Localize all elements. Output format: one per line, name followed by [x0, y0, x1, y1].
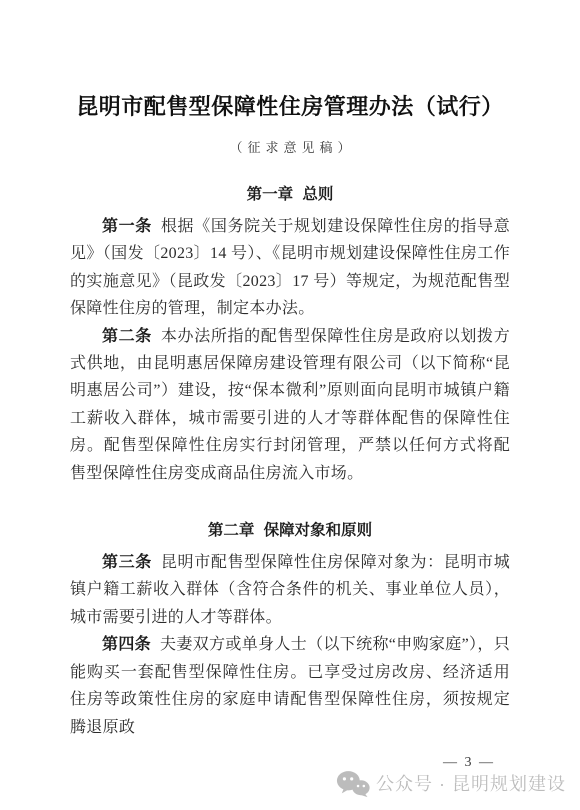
- chapter-2-articles: 第三条昆明市配售型保障性住房保障对象为：昆明市城镇户籍工薪收入群体（含符合条件的…: [70, 549, 510, 741]
- article-1-paragraph: 第一条根据《国务院关于规划建设保障性住房的指导意见》（国发〔2023〕14 号）…: [70, 213, 510, 323]
- article-2-number: 第二条: [102, 328, 152, 345]
- article-1-number: 第一条: [102, 218, 152, 235]
- watermark-text: 公众号 · 昆明规划建设: [376, 771, 566, 797]
- document-page: 昆明市配售型保障性住房管理办法（试行） （征求意见稿） 第一章 总则 第一条根据…: [0, 0, 580, 810]
- chapter-2-heading: 第二章 保障对象和原则: [70, 521, 510, 541]
- chapter-1-heading: 第一章 总则: [70, 185, 510, 205]
- article-4-paragraph: 第四条夫妻双方或单身人士（以下统称“申购家庭”），只能购买一套配售型保障性住房。…: [70, 631, 510, 741]
- document-subtitle: （征求意见稿）: [70, 139, 510, 157]
- wechat-icon: [336, 770, 370, 798]
- page-number: — 3 —: [443, 755, 495, 771]
- article-3-number: 第三条: [102, 554, 152, 571]
- article-2-text: 本办法所指的配售型保障性住房是政府以划拨方式供地，由昆明惠居保障房建设管理有限公…: [70, 328, 510, 482]
- watermark: 公众号 · 昆明规划建设: [336, 770, 566, 798]
- article-3-paragraph: 第三条昆明市配售型保障性住房保障对象为：昆明市城镇户籍工薪收入群体（含符合条件的…: [70, 549, 510, 631]
- document-content: 昆明市配售型保障性住房管理办法（试行） （征求意见稿） 第一章 总则 第一条根据…: [0, 0, 580, 741]
- chapter-1-articles: 第一条根据《国务院关于规划建设保障性住房的指导意见》（国发〔2023〕14 号）…: [70, 213, 510, 487]
- article-2-paragraph: 第二条本办法所指的配售型保障性住房是政府以划拨方式供地，由昆明惠居保障房建设管理…: [70, 323, 510, 487]
- document-title: 昆明市配售型保障性住房管理办法（试行）: [70, 92, 510, 122]
- article-4-number: 第四条: [102, 636, 151, 653]
